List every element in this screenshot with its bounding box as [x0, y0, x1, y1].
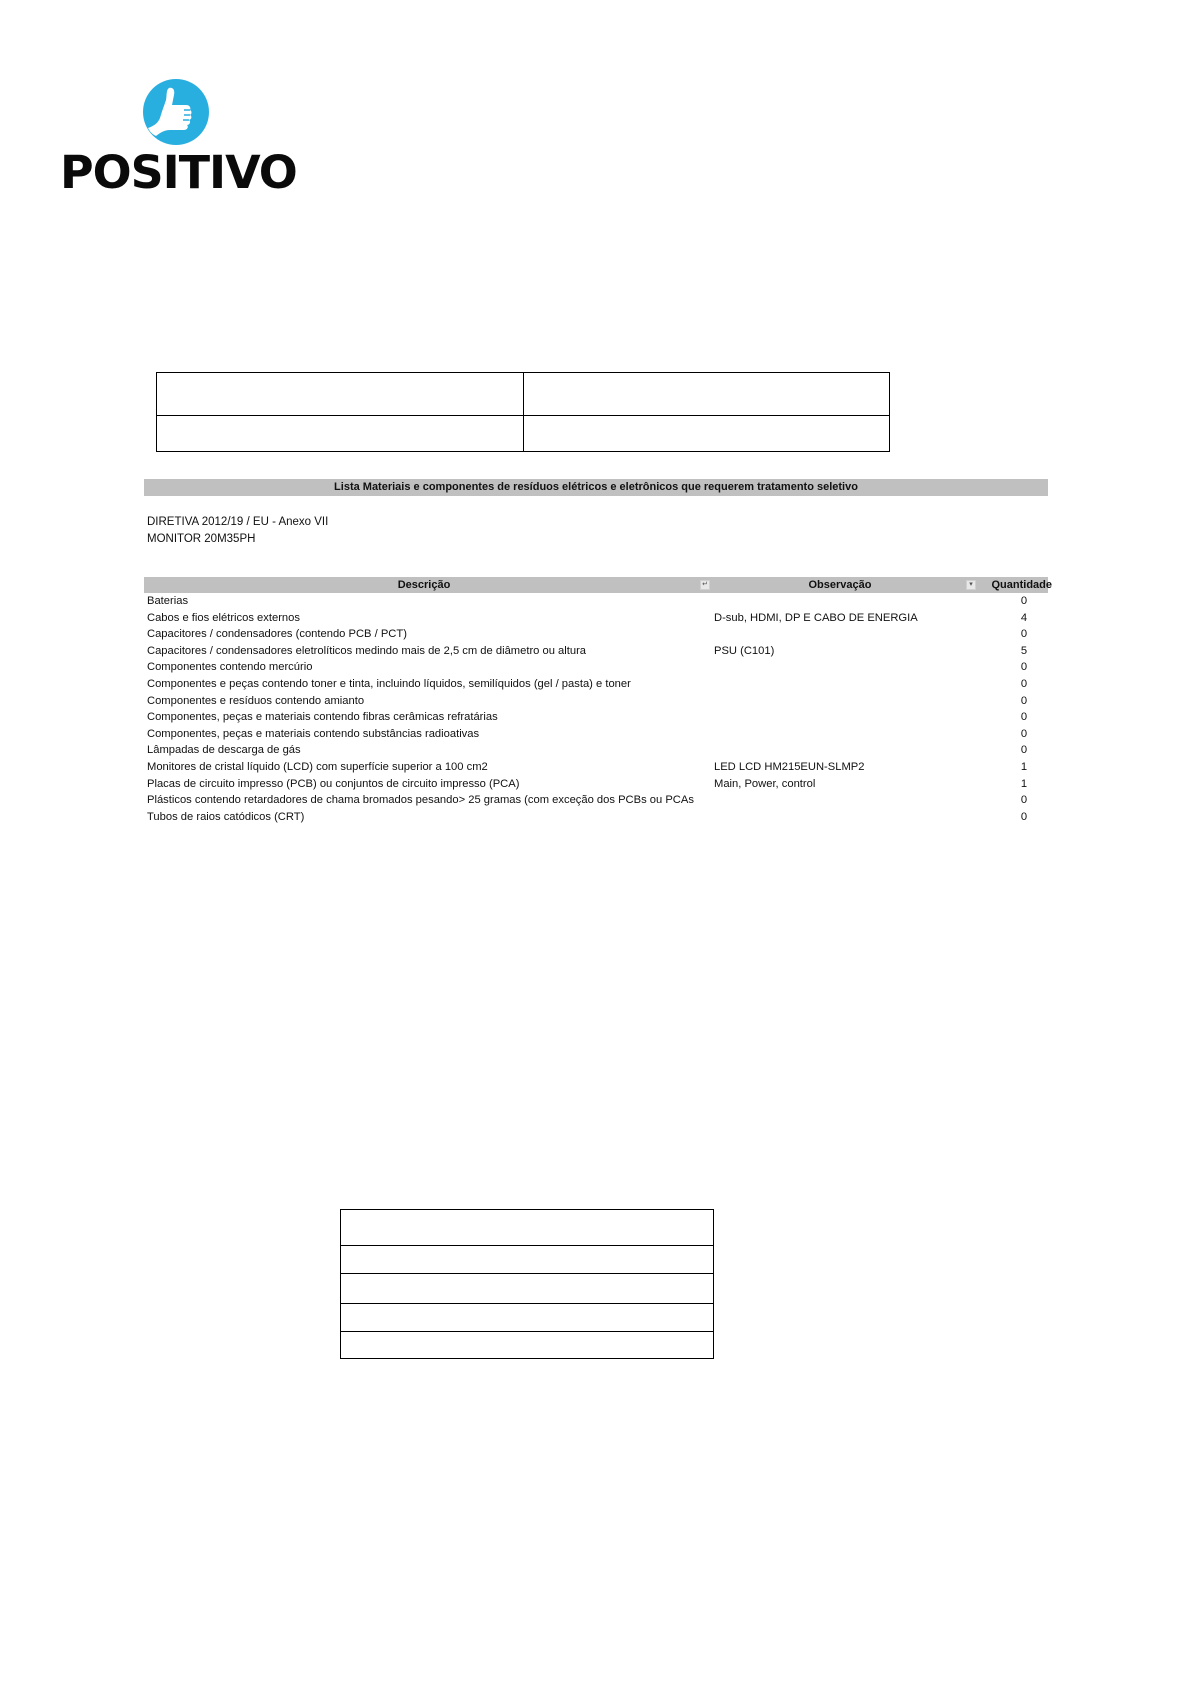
- cell-observation: PSU (C101): [714, 643, 774, 660]
- table-row: Cabos e fios elétricos externosD-sub, HD…: [144, 610, 1048, 627]
- cell-quantity: 0: [1010, 693, 1038, 710]
- cell-observation: Main, Power, control: [714, 776, 815, 793]
- cell-description: Placas de circuito impresso (PCB) ou con…: [147, 776, 519, 793]
- section-title: Lista Materiais e componentes de resíduo…: [144, 479, 1048, 496]
- approval-cell: [341, 1246, 714, 1274]
- table-header: Descrição ↵ Observação ▾ Quantidade: [144, 577, 1048, 593]
- header-quantity: Quantidade: [980, 577, 1052, 593]
- signature-cell: [157, 416, 524, 452]
- cell-description: Componentes contendo mercúrio: [147, 659, 312, 676]
- cell-description: Capacitores / condensadores (contendo PC…: [147, 626, 407, 643]
- table-row: Placas de circuito impresso (PCB) ou con…: [144, 776, 1048, 793]
- cell-quantity: 0: [1010, 593, 1038, 610]
- document-meta: DIRETIVA 2012/19 / EU - Anexo VII MONITO…: [147, 514, 328, 548]
- cell-quantity: 0: [1010, 742, 1038, 759]
- cell-description: Plásticos contendo retardadores de chama…: [147, 792, 694, 809]
- table-row: Baterias0: [144, 593, 1048, 610]
- cell-description: Cabos e fios elétricos externos: [147, 610, 300, 627]
- brand-name: POSITIVO: [60, 150, 297, 196]
- table-row: Plásticos contendo retardadores de chama…: [144, 792, 1048, 809]
- cell-description: Componentes e resíduos contendo amianto: [147, 693, 364, 710]
- table-row: Lâmpadas de descarga de gás0: [144, 742, 1048, 759]
- table-row: Componentes, peças e materiais contendo …: [144, 726, 1048, 743]
- table-row: Capacitores / condensadores (contendo PC…: [144, 626, 1048, 643]
- table-body: Baterias0Cabos e fios elétricos externos…: [144, 593, 1048, 825]
- cell-observation: LED LCD HM215EUN-SLMP2: [714, 759, 864, 776]
- cell-description: Capacitores / condensadores eletrolítico…: [147, 643, 586, 660]
- cell-quantity: 0: [1010, 726, 1038, 743]
- cell-quantity: 0: [1010, 792, 1038, 809]
- table-row: Monitores de cristal líquido (LCD) com s…: [144, 759, 1048, 776]
- table-row: Componentes contendo mercúrio0: [144, 659, 1048, 676]
- table-row: Componentes e peças contendo toner e tin…: [144, 676, 1048, 693]
- directive-label: DIRETIVA 2012/19 / EU - Anexo VII: [147, 514, 328, 531]
- cell-quantity: 0: [1010, 709, 1038, 726]
- approval-cell: [341, 1274, 714, 1304]
- cell-description: Componentes e peças contendo toner e tin…: [147, 676, 631, 693]
- cell-quantity: 0: [1010, 626, 1038, 643]
- company-logo: POSITIVO: [56, 74, 296, 198]
- product-label: MONITOR 20M35PH: [147, 531, 328, 548]
- cell-quantity: 0: [1010, 809, 1038, 826]
- approval-cell: [341, 1304, 714, 1332]
- dropdown-filter-icon[interactable]: ▾: [966, 580, 976, 590]
- cell-description: Monitores de cristal líquido (LCD) com s…: [147, 759, 488, 776]
- header-description: Descrição: [144, 577, 704, 593]
- signature-table: [156, 372, 890, 452]
- signature-cell: [523, 373, 890, 416]
- table-row: Componentes, peças e materiais contendo …: [144, 709, 1048, 726]
- approval-table: [340, 1209, 714, 1359]
- approval-cell: [341, 1332, 714, 1359]
- signature-cell: [157, 373, 524, 416]
- cell-description: Tubos de raios catódicos (CRT): [147, 809, 304, 826]
- cell-description: Lâmpadas de descarga de gás: [147, 742, 301, 759]
- cell-observation: D-sub, HDMI, DP E CABO DE ENERGIA: [714, 610, 918, 627]
- cell-description: Baterias: [147, 593, 188, 610]
- table-row: Tubos de raios catódicos (CRT)0: [144, 809, 1048, 826]
- materials-table: Descrição ↵ Observação ▾ Quantidade Bate…: [144, 577, 1048, 825]
- cell-quantity: 4: [1010, 610, 1038, 627]
- cell-quantity: 0: [1010, 659, 1038, 676]
- cell-quantity: 5: [1010, 643, 1038, 660]
- cell-quantity: 0: [1010, 676, 1038, 693]
- signature-cell: [523, 416, 890, 452]
- table-row: Capacitores / condensadores eletrolítico…: [144, 643, 1048, 660]
- sort-filter-icon[interactable]: ↵: [700, 580, 710, 590]
- table-row: Componentes e resíduos contendo amianto0: [144, 693, 1048, 710]
- cell-description: Componentes, peças e materiais contendo …: [147, 709, 498, 726]
- cell-quantity: 1: [1010, 759, 1038, 776]
- thumbs-up-icon: [142, 78, 210, 146]
- header-observation: Observação: [712, 577, 968, 593]
- approval-cell: [341, 1210, 714, 1246]
- cell-quantity: 1: [1010, 776, 1038, 793]
- cell-description: Componentes, peças e materiais contendo …: [147, 726, 479, 743]
